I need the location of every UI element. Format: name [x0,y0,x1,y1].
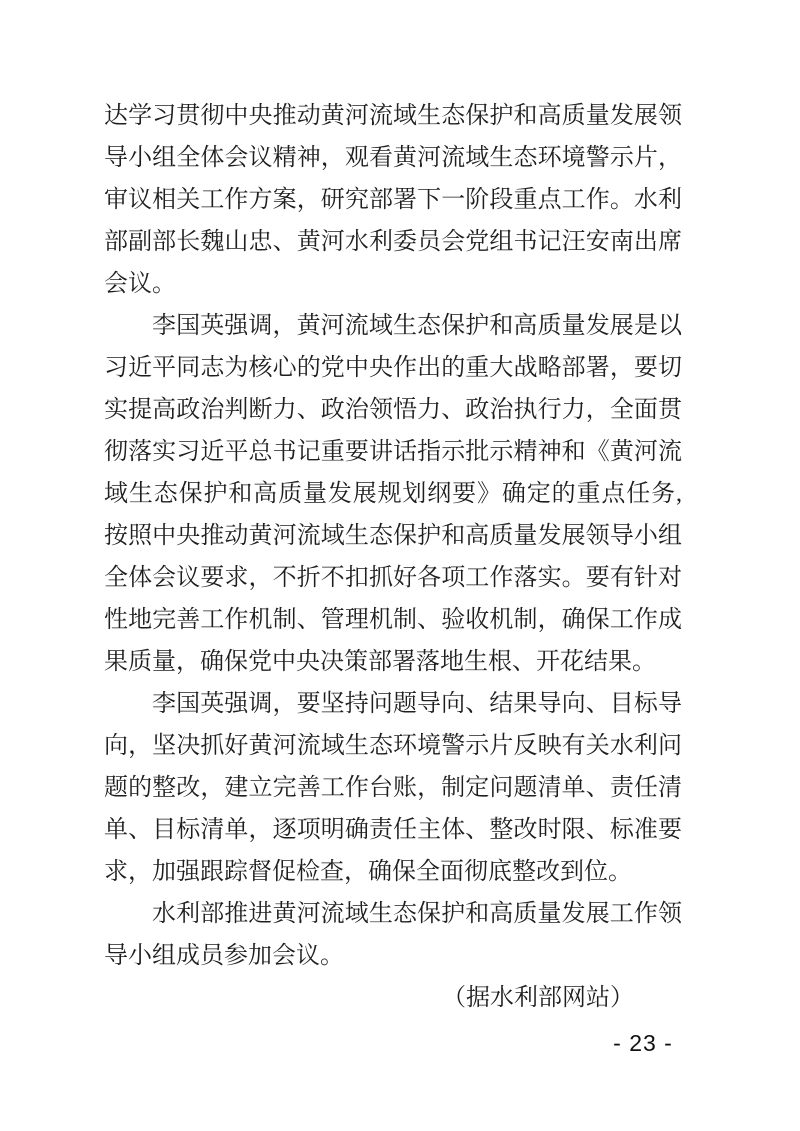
paragraph: （据水利部网站） [104,977,682,1019]
paragraph: 水利部推进黄河流域生态保护和高质量发展工作领导小组成员参加会议。 [104,893,682,977]
page-number: - 23 - [583,1030,703,1057]
document-body: 达学习贯彻中央推动黄河流域生态保护和高质量发展领导小组全体会议精神，观看黄河流域… [104,95,682,1019]
document-page: 达学习贯彻中央推动黄河流域生态保护和高质量发展领导小组全体会议精神，观看黄河流域… [0,0,800,1131]
paragraph: 达学习贯彻中央推动黄河流域生态保护和高质量发展领导小组全体会议精神，观看黄河流域… [104,95,682,305]
paragraph: 李国英强调，要坚持问题导向、结果导向、目标导向，坚决抓好黄河流域生态环境警示片反… [104,683,682,893]
paragraph: 李国英强调，黄河流域生态保护和高质量发展是以习近平同志为核心的党中央作出的重大战… [104,305,682,683]
